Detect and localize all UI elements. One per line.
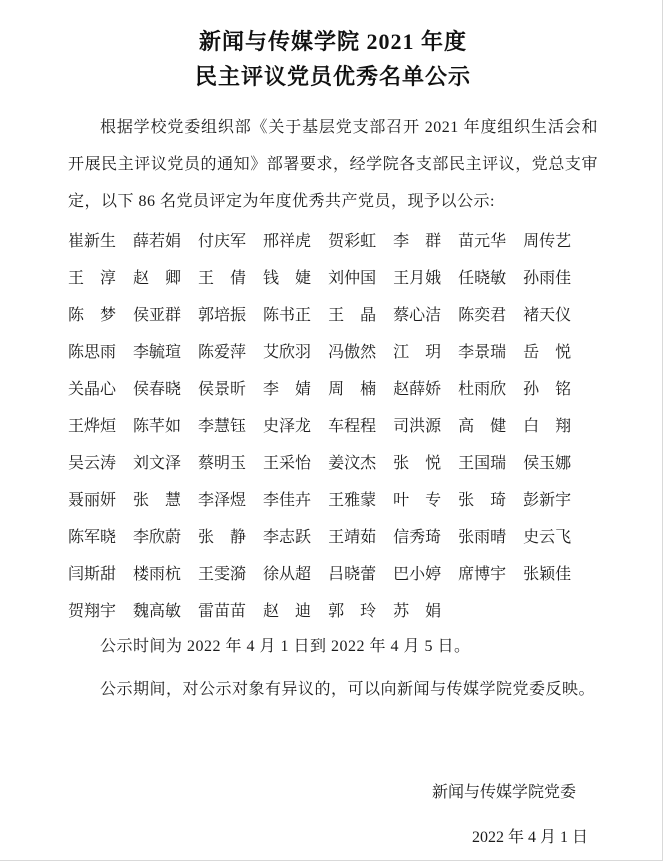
- member-name: 车程程: [328, 413, 376, 436]
- doc-title-line2: 民主评议党员优秀名单公示: [68, 59, 598, 94]
- member-name: 赵薛娇: [393, 376, 441, 399]
- member-name: 闫斯甜: [68, 561, 116, 584]
- member-name: 贺翔宇: [68, 598, 116, 621]
- member-name: 冯傲然: [328, 339, 376, 362]
- member-name: 李 群: [393, 228, 441, 251]
- member-name: 史云飞: [523, 524, 571, 547]
- member-name: 崔新生: [68, 228, 116, 251]
- member-name: 周 楠: [328, 376, 376, 399]
- signature-date: 2022 年 4 月 1 日: [68, 819, 598, 856]
- member-name: 杜雨欣: [458, 376, 506, 399]
- member-name: 楼雨杭: [133, 561, 181, 584]
- member-name: 李泽煜: [198, 487, 246, 510]
- member-name: 郭培振: [198, 302, 246, 325]
- name-row: 聂丽妍张 慧李泽煜李佳卉王雅蒙叶 专张 琦彭新宇: [68, 480, 598, 517]
- name-row: 关晶心侯春晓侯景昕李 婧周 楠赵薛娇杜雨欣孙 铭: [68, 369, 598, 406]
- member-name: 岳 悦: [523, 339, 571, 362]
- member-name: 陈芊如: [133, 413, 181, 436]
- member-name: 高 健: [458, 413, 506, 436]
- member-name: 李 婧: [263, 376, 311, 399]
- member-name: 江 玥: [393, 339, 441, 362]
- member-name: 张 慧: [133, 487, 181, 510]
- member-name: 侯亚群: [133, 302, 181, 325]
- member-name: 蔡明玉: [198, 450, 246, 473]
- member-name: 巴小婷: [393, 561, 441, 584]
- member-name: 陈爱萍: [198, 339, 246, 362]
- member-name: 王靖茹: [328, 524, 376, 547]
- member-name: 叶 专: [393, 487, 441, 510]
- member-name: 陈奕君: [458, 302, 506, 325]
- name-row: 陈 梦侯亚群郭培振陈书正王 晶蔡心洁陈奕君褚天仪: [68, 295, 598, 332]
- member-name: 李佳卉: [263, 487, 311, 510]
- feedback-note: 公示期间，对公示对象有异议的，可以向新闻与传媒学院党委反映。: [68, 671, 598, 708]
- member-name: 侯景昕: [198, 376, 246, 399]
- member-name: 陈思雨: [68, 339, 116, 362]
- member-name: 赵 迪: [263, 598, 311, 621]
- member-name: 王国瑞: [458, 450, 506, 473]
- name-list: 崔新生薛若娟付庆军邢祥虎贺彩虹李 群苗元华周传艺王 淳赵 卿王 倩钱 婕刘仲国王…: [68, 221, 598, 628]
- member-name: 吕晓蕾: [328, 561, 376, 584]
- document-page: 新闻与传媒学院 2021 年度 民主评议党员优秀名单公示 根据学校党委组织部《关…: [0, 0, 663, 861]
- name-row: 闫斯甜楼雨杭王雯漪徐从超吕晓蕾巴小婷席博宇张颖佳: [68, 554, 598, 591]
- member-name: 关晶心: [68, 376, 116, 399]
- member-name: 邢祥虎: [263, 228, 311, 251]
- member-name: 席博宇: [458, 561, 506, 584]
- member-name: 王月娥: [393, 265, 441, 288]
- member-name: 苗元华: [458, 228, 506, 251]
- member-name: 司洪源: [393, 413, 441, 436]
- name-row: 崔新生薛若娟付庆军邢祥虎贺彩虹李 群苗元华周传艺: [68, 221, 598, 258]
- member-name: 李欣蔚: [133, 524, 181, 547]
- member-name: 王 淳: [68, 265, 116, 288]
- member-name: 白 翔: [523, 413, 571, 436]
- member-name: 史泽龙: [263, 413, 311, 436]
- member-name: 薛若娟: [133, 228, 181, 251]
- member-name: 艾欣羽: [263, 339, 311, 362]
- member-name: 王烨烜: [68, 413, 116, 436]
- member-name: 张颖佳: [523, 561, 571, 584]
- member-name: 李慧钰: [198, 413, 246, 436]
- member-name: 吴云涛: [68, 450, 116, 473]
- name-row: 陈思雨李毓瑄陈爱萍艾欣羽冯傲然江 玥李景瑞岳 悦: [68, 332, 598, 369]
- name-row: 贺翔宇魏高敏雷苗苗赵 迪郭 玲苏 娟: [68, 591, 598, 628]
- name-row: 陈军晓李欣蔚张 静李志跃王靖茹信秀琦张雨晴史云飞: [68, 517, 598, 554]
- member-name: 王雯漪: [198, 561, 246, 584]
- member-name: 侯春晓: [133, 376, 181, 399]
- member-name: 魏高敏: [133, 598, 181, 621]
- member-name: 徐从超: [263, 561, 311, 584]
- name-row: 吴云涛刘文泽蔡明玉王采怡姜汶杰张 悦王国瑞侯玉娜: [68, 443, 598, 480]
- member-name: 雷苗苗: [198, 598, 246, 621]
- member-name: 孙雨佳: [523, 265, 571, 288]
- member-name: 聂丽妍: [68, 487, 116, 510]
- member-name: 张 静: [198, 524, 246, 547]
- member-name: 付庆军: [198, 228, 246, 251]
- member-name: 苏 娟: [393, 598, 441, 621]
- name-row: 王烨烜陈芊如李慧钰史泽龙车程程司洪源高 健白 翔: [68, 406, 598, 443]
- member-name: 陈 梦: [68, 302, 116, 325]
- member-name: 陈书正: [263, 302, 311, 325]
- member-name: 王 晶: [328, 302, 376, 325]
- member-name: 王 倩: [198, 265, 246, 288]
- member-name: 李景瑞: [458, 339, 506, 362]
- member-name: 刘仲国: [328, 265, 376, 288]
- member-name: 王采怡: [263, 450, 311, 473]
- member-name: 贺彩虹: [328, 228, 376, 251]
- member-name: 侯玉娜: [523, 450, 571, 473]
- member-name: 姜汶杰: [328, 450, 376, 473]
- member-name: 钱 婕: [263, 265, 311, 288]
- member-name: 张 琦: [458, 487, 506, 510]
- member-name: 张 悦: [393, 450, 441, 473]
- publicity-period: 公示时间为 2022 年 4 月 1 日到 2022 年 4 月 5 日。: [68, 628, 598, 665]
- member-name: 王雅蒙: [328, 487, 376, 510]
- member-name: 信秀琦: [393, 524, 441, 547]
- member-name: 褚天仪: [523, 302, 571, 325]
- member-name: 张雨晴: [458, 524, 506, 547]
- member-name: 刘文泽: [133, 450, 181, 473]
- signature: 新闻与传媒学院党委: [68, 774, 598, 811]
- member-name: 周传艺: [523, 228, 571, 251]
- member-name: 孙 铭: [523, 376, 571, 399]
- doc-title-line1: 新闻与传媒学院 2021 年度: [68, 24, 598, 59]
- member-name: 李毓瑄: [133, 339, 181, 362]
- member-name: 彭新宇: [523, 487, 571, 510]
- member-name: 赵 卿: [133, 265, 181, 288]
- member-name: 郭 玲: [328, 598, 376, 621]
- member-name: 蔡心洁: [393, 302, 441, 325]
- intro-paragraph: 根据学校党委组织部《关于基层党支部召开 2021 年度组织生活会和开展民主评议党…: [68, 109, 598, 220]
- member-name: 陈军晓: [68, 524, 116, 547]
- name-row: 王 淳赵 卿王 倩钱 婕刘仲国王月娥任晓敏孙雨佳: [68, 258, 598, 295]
- member-name: 任晓敏: [458, 265, 506, 288]
- member-name: 李志跃: [263, 524, 311, 547]
